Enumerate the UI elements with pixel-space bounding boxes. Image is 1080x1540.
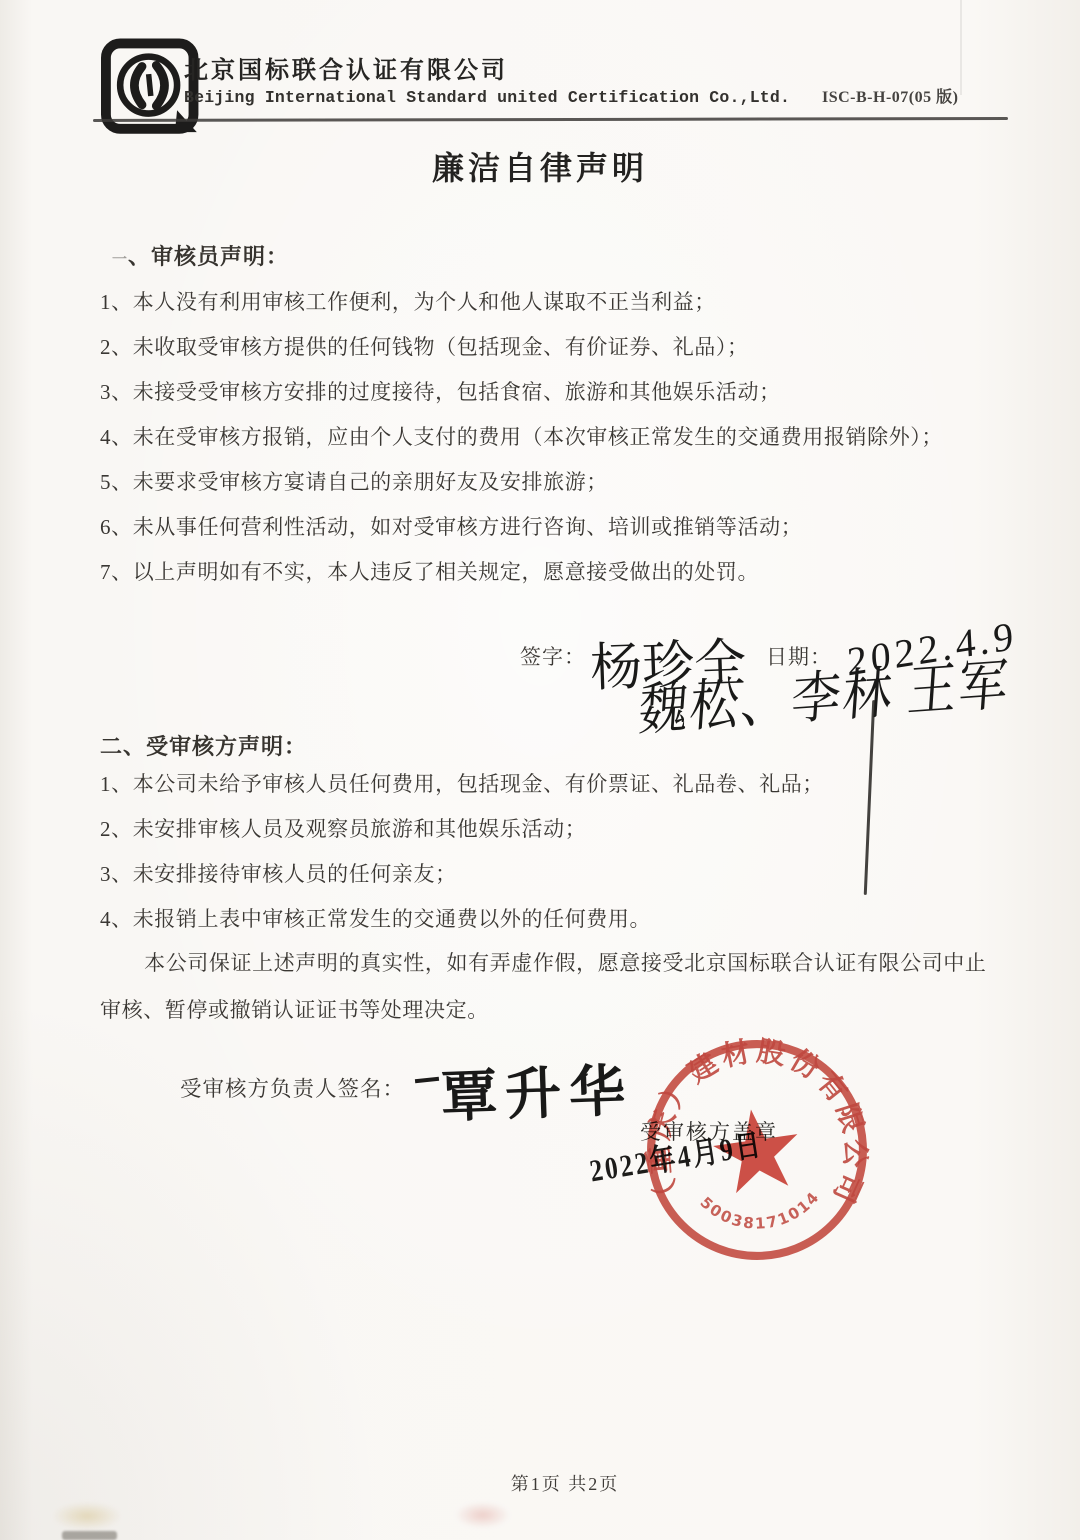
list-item: 4、未报销上表中审核正常发生的交通费以外的任何费用。	[100, 908, 1010, 931]
scan-smudge	[52, 1502, 122, 1530]
header-divider	[93, 117, 1008, 122]
page-number-footer: 第1页 共2页	[0, 1470, 1080, 1496]
scan-edge-mark	[62, 1531, 117, 1540]
rep-signature-handwriting: 覃升华	[440, 1047, 635, 1134]
page-title: 廉洁自律声明	[0, 143, 1080, 189]
scan-tint-overlay	[0, 0, 1080, 1540]
scan-smudge	[455, 1502, 510, 1528]
company-name-en: Beijing International Standard united Ce…	[184, 88, 790, 107]
company-name-cn: 北京国标联合认证有限公司	[184, 50, 508, 85]
list-item: 2、未收取受审核方提供的任何钱物（包括现金、有价证券、礼品）；	[100, 336, 1010, 359]
representative-signature-row: 受审核方负责人签名：覃升华	[180, 1072, 633, 1130]
list-item: 5、未要求受审核方宴请自己的亲朋好友及安排旅游；	[100, 471, 1010, 494]
pen-flourish	[415, 1077, 439, 1083]
list-item: 2、未安排审核人员及观察员旅游和其他娱乐活动；	[100, 818, 1010, 841]
scan-edge-line	[960, 0, 962, 95]
rep-sign-label: 受审核方负责人签名：	[180, 1077, 405, 1101]
list-item: 3、未安排接待审核人员的任何亲友；	[100, 863, 1010, 886]
section1-heading-prefix: 一	[112, 252, 128, 268]
list-item: 4、未在受审核方报销，应由个人支付的费用（本次审核正常发生的交通费用报销除外）；	[100, 426, 1010, 449]
section1-heading: 一、审核员声明：	[112, 240, 289, 271]
list-item: 7、以上声明如有不实，本人违反了相关规定，愿意接受做出的处罚。	[100, 561, 1010, 584]
section1-heading-text: 、审核员声明：	[128, 244, 289, 269]
sign-label: 签字：	[520, 645, 586, 669]
list-item: 1、本人没有利用审核工作便利，为个人和他人谋取不正当利益；	[100, 291, 1010, 314]
section1-items: 1、本人没有利用审核工作便利，为个人和他人谋取不正当利益； 2、未收取受审核方提…	[100, 291, 1010, 606]
section2-items: 1、本公司未给予审核人员任何费用，包括现金、有价票证、礼品卷、礼品； 2、未安排…	[100, 773, 1010, 953]
list-item: 6、未从事任何营利性活动，如对受审核方进行咨询、培训或推销等活动；	[100, 516, 1010, 539]
pledge-paragraph: 本公司保证上述声明的真实性，如有弄虚作假，愿意接受北京国标联合认证有限公司中止审…	[100, 940, 1000, 1034]
section2-heading: 二、受审核方声明：	[100, 730, 307, 761]
document-code: ISC-B-H-07(05 版)	[822, 84, 958, 107]
list-item: 3、未接受受审核方安排的过度接待，包括食宿、旅游和其他娱乐活动；	[100, 381, 1010, 404]
list-item: 1、本公司未给予审核人员任何费用，包括现金、有价票证、礼品卷、礼品；	[100, 773, 1010, 796]
